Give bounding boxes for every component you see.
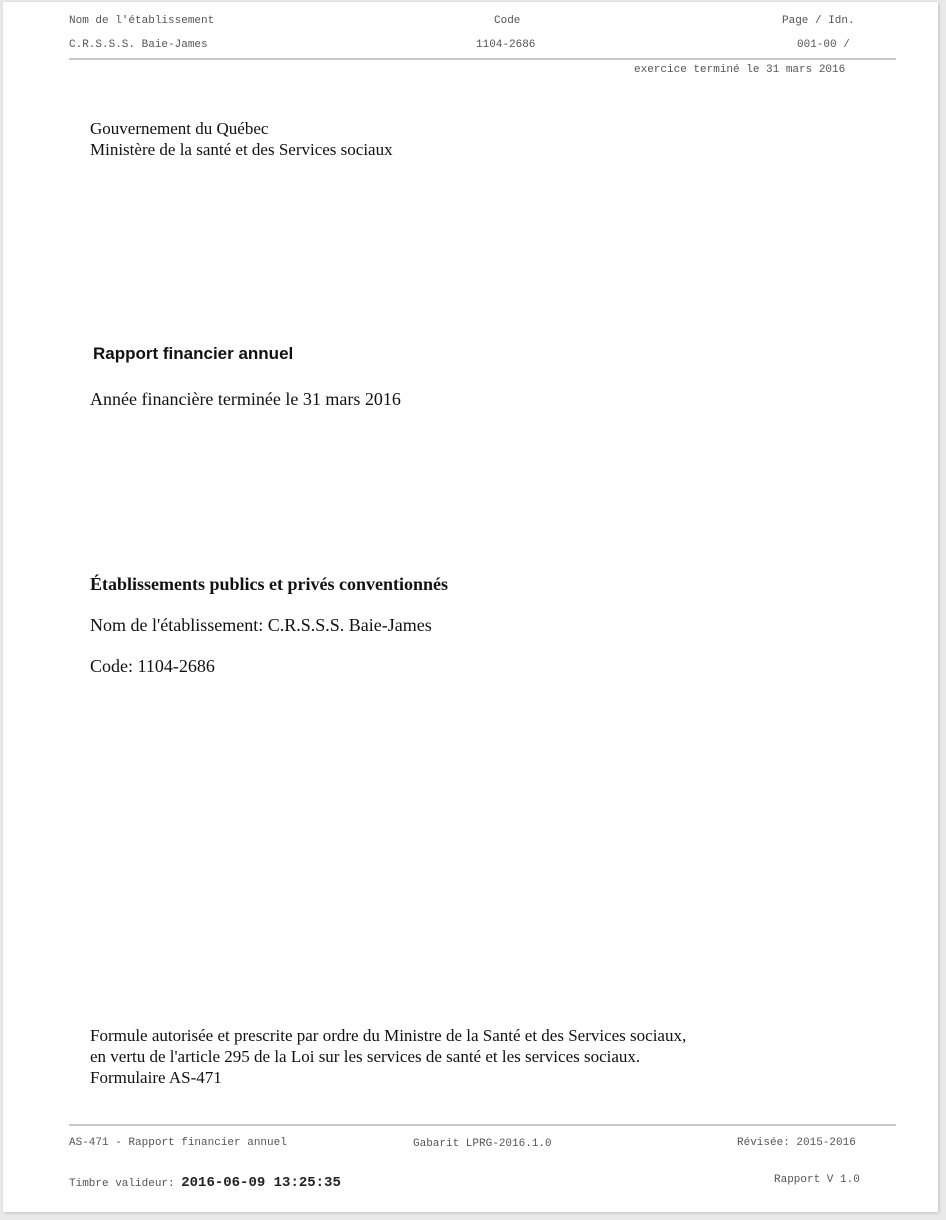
header-name-label: Nom de l'établissement — [69, 15, 214, 27]
section-title: Établissements publics et privés convent… — [90, 574, 448, 595]
validator-stamp-label: Timbre valideur: — [69, 1178, 175, 1190]
footer-revised: Révisée: 2015-2016 — [737, 1137, 856, 1149]
establishment-name: Nom de l'établissement: C.R.S.S.S. Baie-… — [90, 615, 432, 636]
validator-stamp: Timbre valideur: 2016-06-09 13:25:35 — [69, 1175, 341, 1191]
header-code-value: 1104-2686 — [476, 39, 535, 51]
footer-template: Gabarit LPRG-2016.1.0 — [413, 1138, 552, 1150]
government-name: Gouvernement du Québec — [90, 119, 268, 139]
header-page-label: Page / Idn. — [782, 15, 855, 27]
footer-form-title: AS-471 - Rapport financier annuel — [69, 1137, 287, 1149]
fiscal-year: Année financière terminée le 31 mars 201… — [90, 389, 401, 410]
legal-notice-line2: en vertu de l'article 295 de la Loi sur … — [90, 1047, 640, 1067]
header-divider — [69, 58, 896, 60]
legal-notice-line1: Formule autorisée et prescrite par ordre… — [90, 1026, 686, 1046]
header-code-label: Code — [494, 15, 520, 27]
establishment-code: Code: 1104-2686 — [90, 656, 215, 677]
footer-divider — [69, 1124, 896, 1126]
document-page: Nom de l'établissement C.R.S.S.S. Baie-J… — [3, 2, 938, 1212]
report-title: Rapport financier annuel — [93, 344, 293, 364]
form-number: Formulaire AS-471 — [90, 1068, 222, 1088]
header-page-value: 001-00 / — [797, 39, 850, 51]
exercise-period: exercice terminé le 31 mars 2016 — [634, 64, 845, 76]
validator-stamp-value: 2016-06-09 13:25:35 — [181, 1175, 341, 1191]
ministry-name: Ministère de la santé et des Services so… — [90, 140, 393, 160]
report-version: Rapport V 1.0 — [774, 1174, 860, 1186]
header-name-value: C.R.S.S.S. Baie-James — [69, 39, 208, 51]
